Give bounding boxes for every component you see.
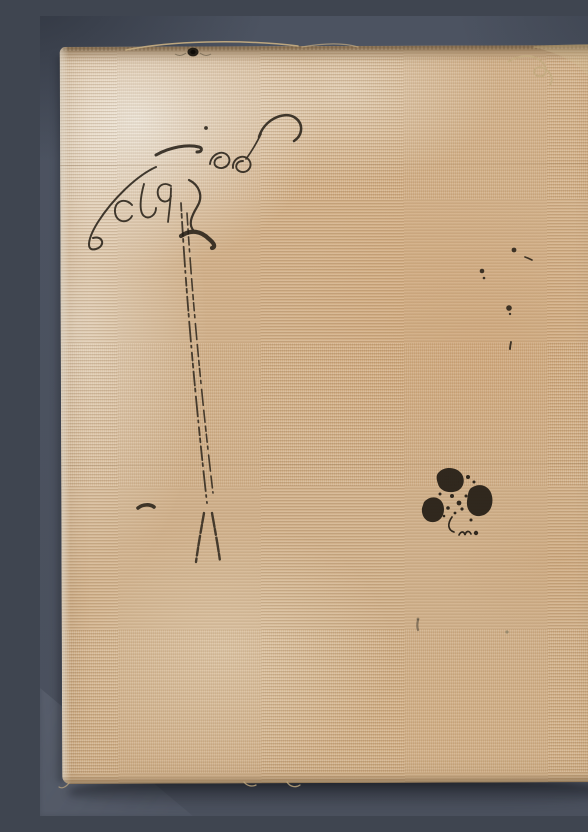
- book-cover: [60, 45, 588, 784]
- photo-frame: Worn cloth-bound book back cover with in…: [40, 16, 588, 816]
- cloth-weave-texture: [60, 45, 588, 784]
